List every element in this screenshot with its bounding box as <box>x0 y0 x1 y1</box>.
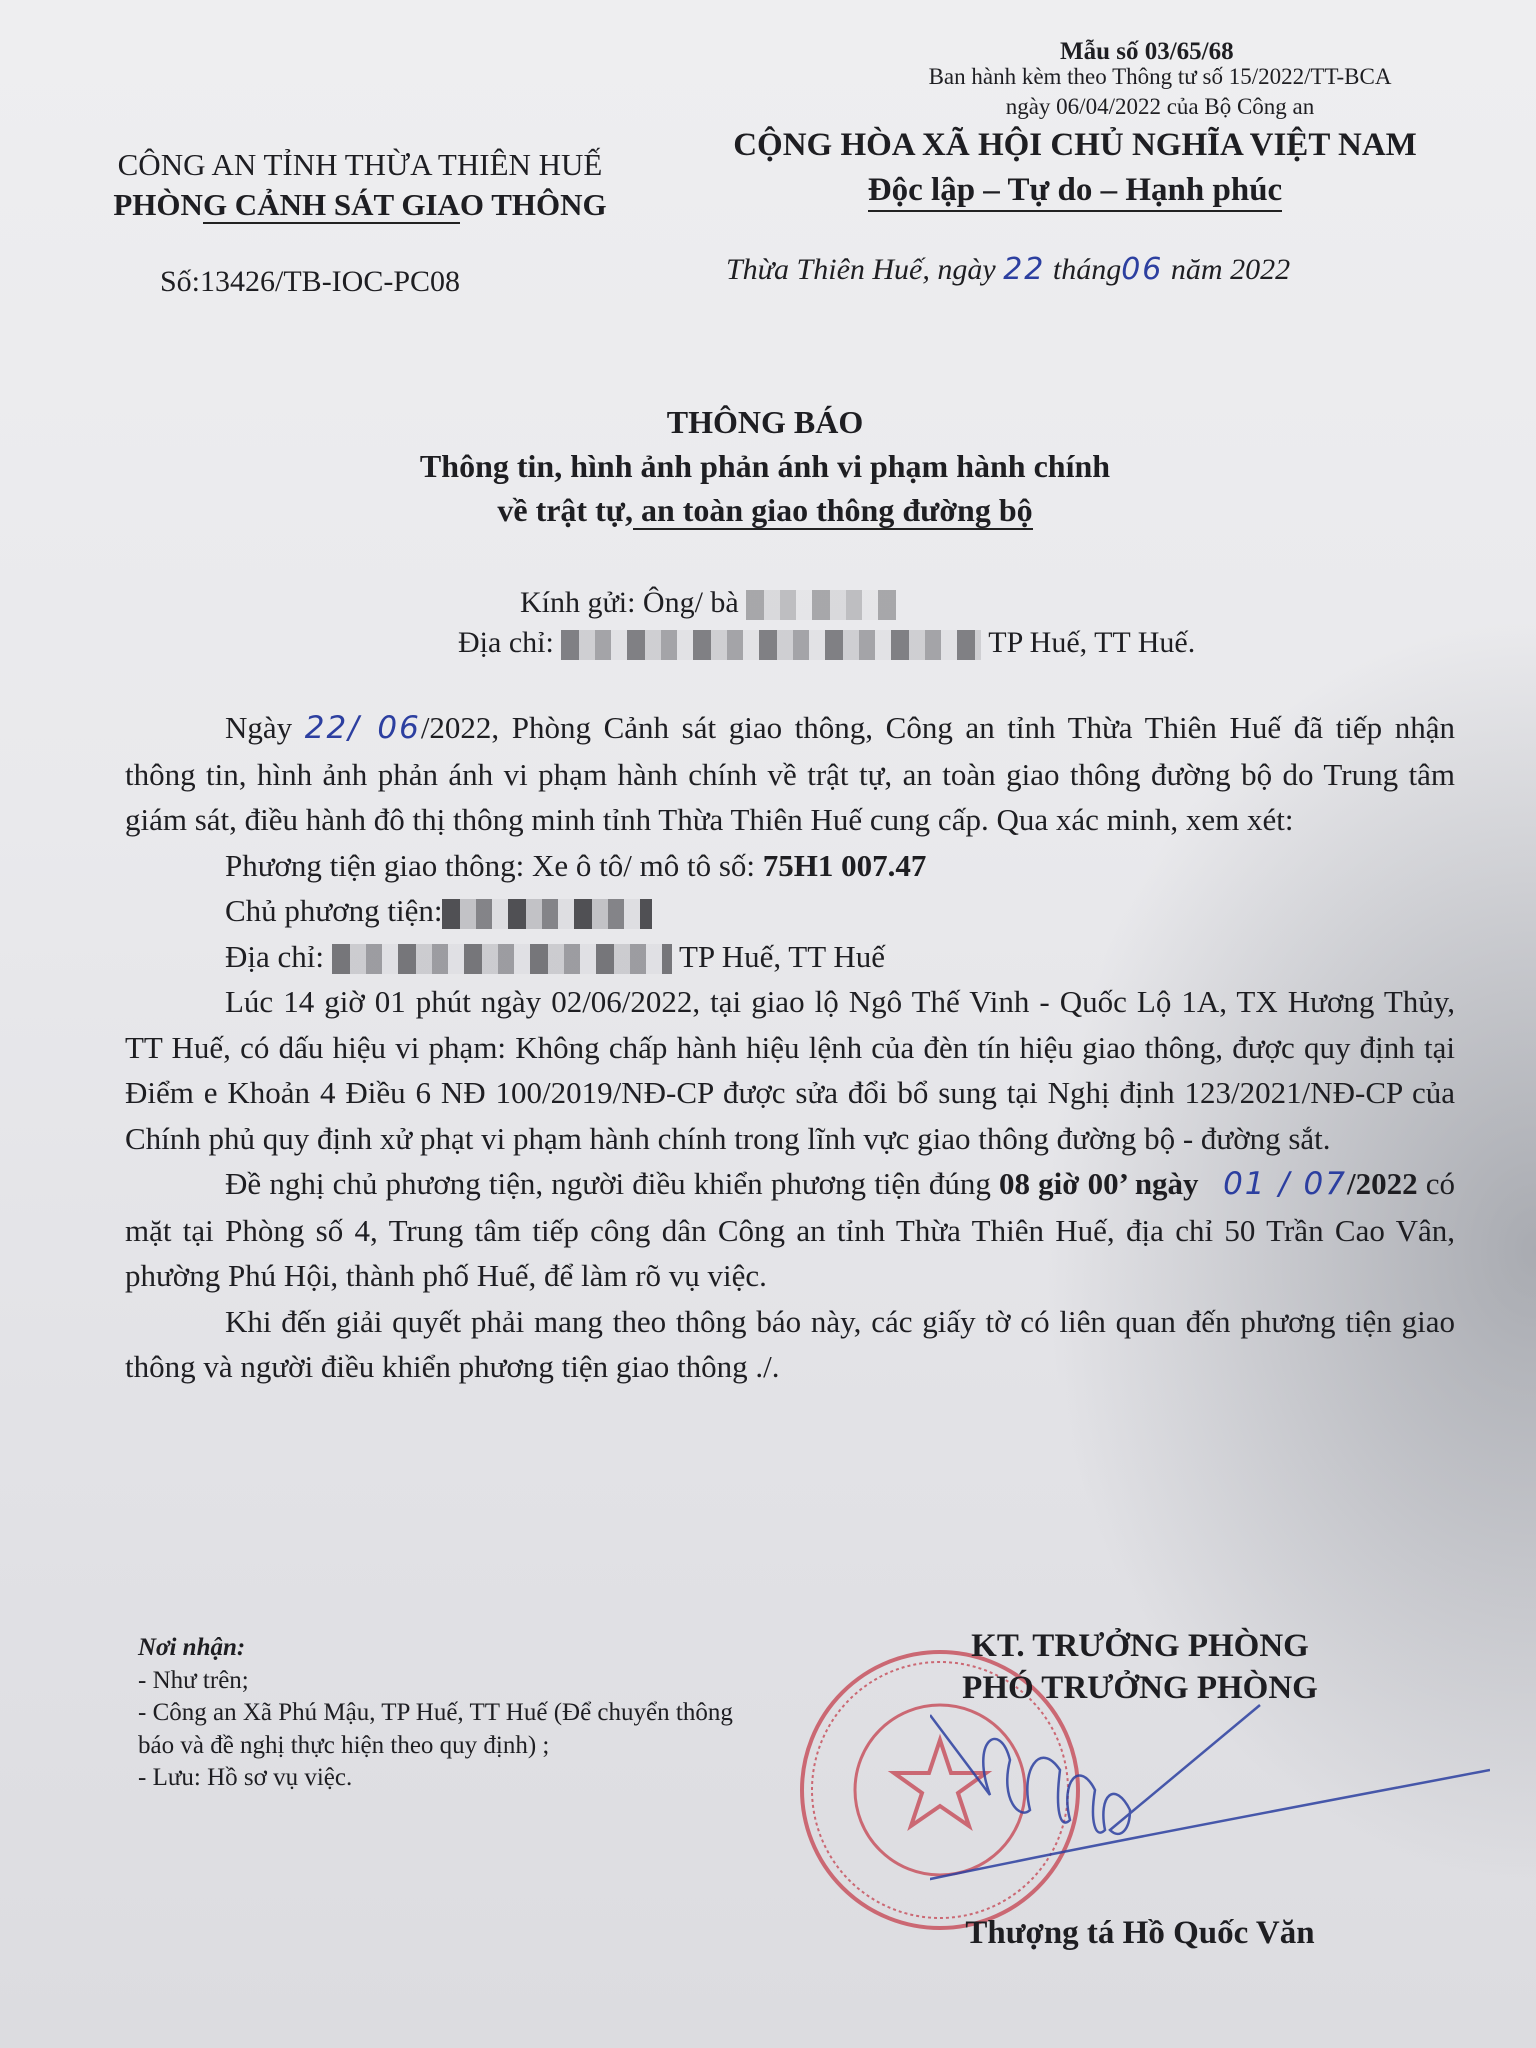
recipients-heading: Nơi nhận: <box>138 1632 758 1665</box>
redacted-owner <box>442 899 652 929</box>
recipient-address: Địa chỉ: TP Huế, TT Huế. <box>458 626 1195 660</box>
recipient-line: Kính gửi: Ông/ bà <box>520 580 896 626</box>
agency-header: CÔNG AN TỈNH THỪA THIÊN HUẾ PHÒNG CẢNH S… <box>60 145 660 225</box>
signature-block: KT. TRƯỞNG PHÒNG PHÓ TRƯỞNG PHÒNG <box>860 1625 1420 1709</box>
issued-line-2: ngày 06/04/2022 của Bộ Công an <box>875 92 1445 122</box>
handwritten-day: 22 <box>1003 252 1045 287</box>
recipient-item: - Như trên; <box>138 1665 758 1698</box>
nation-motto: Độc lập – Tự do – Hạnh phúc <box>690 168 1460 213</box>
title-main: THÔNG BÁO <box>300 400 1230 444</box>
handwritten-appointment-date: 01 / 07 <box>1223 1166 1347 1202</box>
title-sub-2: về trật tự, an toàn giao thông đường bộ <box>300 488 1230 532</box>
title-sub-1: Thông tin, hình ảnh phản ánh vi phạm hàn… <box>300 444 1230 488</box>
paragraph-intro: Ngày 22/ 06/2022, Phòng Cảnh sát giao th… <box>125 705 1455 843</box>
signature-title-1: KT. TRƯỞNG PHÒNG <box>860 1625 1420 1667</box>
recipient-item: - Công an Xã Phú Mậu, TP Huế, TT Huế (Để… <box>138 1697 758 1762</box>
vehicle-line: Phương tiện giao thông: Xe ô tô/ mô tô s… <box>125 843 1455 889</box>
agency-unit: PHÒNG CẢNH SÁT GIAO THÔNG <box>60 185 660 225</box>
document-title: THÔNG BÁO Thông tin, hình ảnh phản ánh v… <box>300 400 1230 532</box>
recipients-list: Nơi nhận: - Như trên; - Công an Xã Phú M… <box>138 1632 758 1795</box>
place-date: Thừa Thiên Huế, ngày 22 tháng06 năm 2022 <box>726 252 1290 287</box>
national-header: CỘNG HÒA XÃ HỘI CHỦ NGHĨA VIỆT NAM Độc l… <box>690 123 1460 213</box>
paragraph-summons: Đề nghị chủ phương tiện, người điều khiể… <box>125 1161 1455 1299</box>
issued-note: Ban hành kèm theo Thông tư số 15/2022/TT… <box>875 62 1445 122</box>
recipient-item: - Lưu: Hồ sơ vụ việc. <box>138 1762 758 1795</box>
redacted-owner-address <box>332 944 672 974</box>
handwritten-month: 06 <box>1121 252 1163 287</box>
document-body: Ngày 22/ 06/2022, Phòng Cảnh sát giao th… <box>125 705 1455 1390</box>
license-plate: 75H1 007.47 <box>763 848 927 883</box>
issued-line-1: Ban hành kèm theo Thông tư số 15/2022/TT… <box>875 62 1445 92</box>
paragraph-violation: Lúc 14 giờ 01 phút ngày 02/06/2022, tại … <box>125 979 1455 1161</box>
document-number: Số:13426/TB-IOC-PC08 <box>160 265 460 299</box>
owner-line: Chủ phương tiện: <box>125 888 1455 934</box>
redacted-name <box>746 590 896 620</box>
paragraph-requirements: Khi đến giải quyết phải mang theo thông … <box>125 1299 1455 1390</box>
agency-parent: CÔNG AN TỈNH THỪA THIÊN HUẾ <box>60 145 660 185</box>
signer-name: Thượng tá Hồ Quốc Văn <box>860 1915 1420 1952</box>
owner-address-line: Địa chỉ: TP Huế, TT Huế <box>125 934 1455 980</box>
redacted-address <box>561 630 981 660</box>
signature-icon <box>930 1700 1490 1930</box>
nation-name: CỘNG HÒA XÃ HỘI CHỦ NGHĨA VIỆT NAM <box>690 123 1460 168</box>
